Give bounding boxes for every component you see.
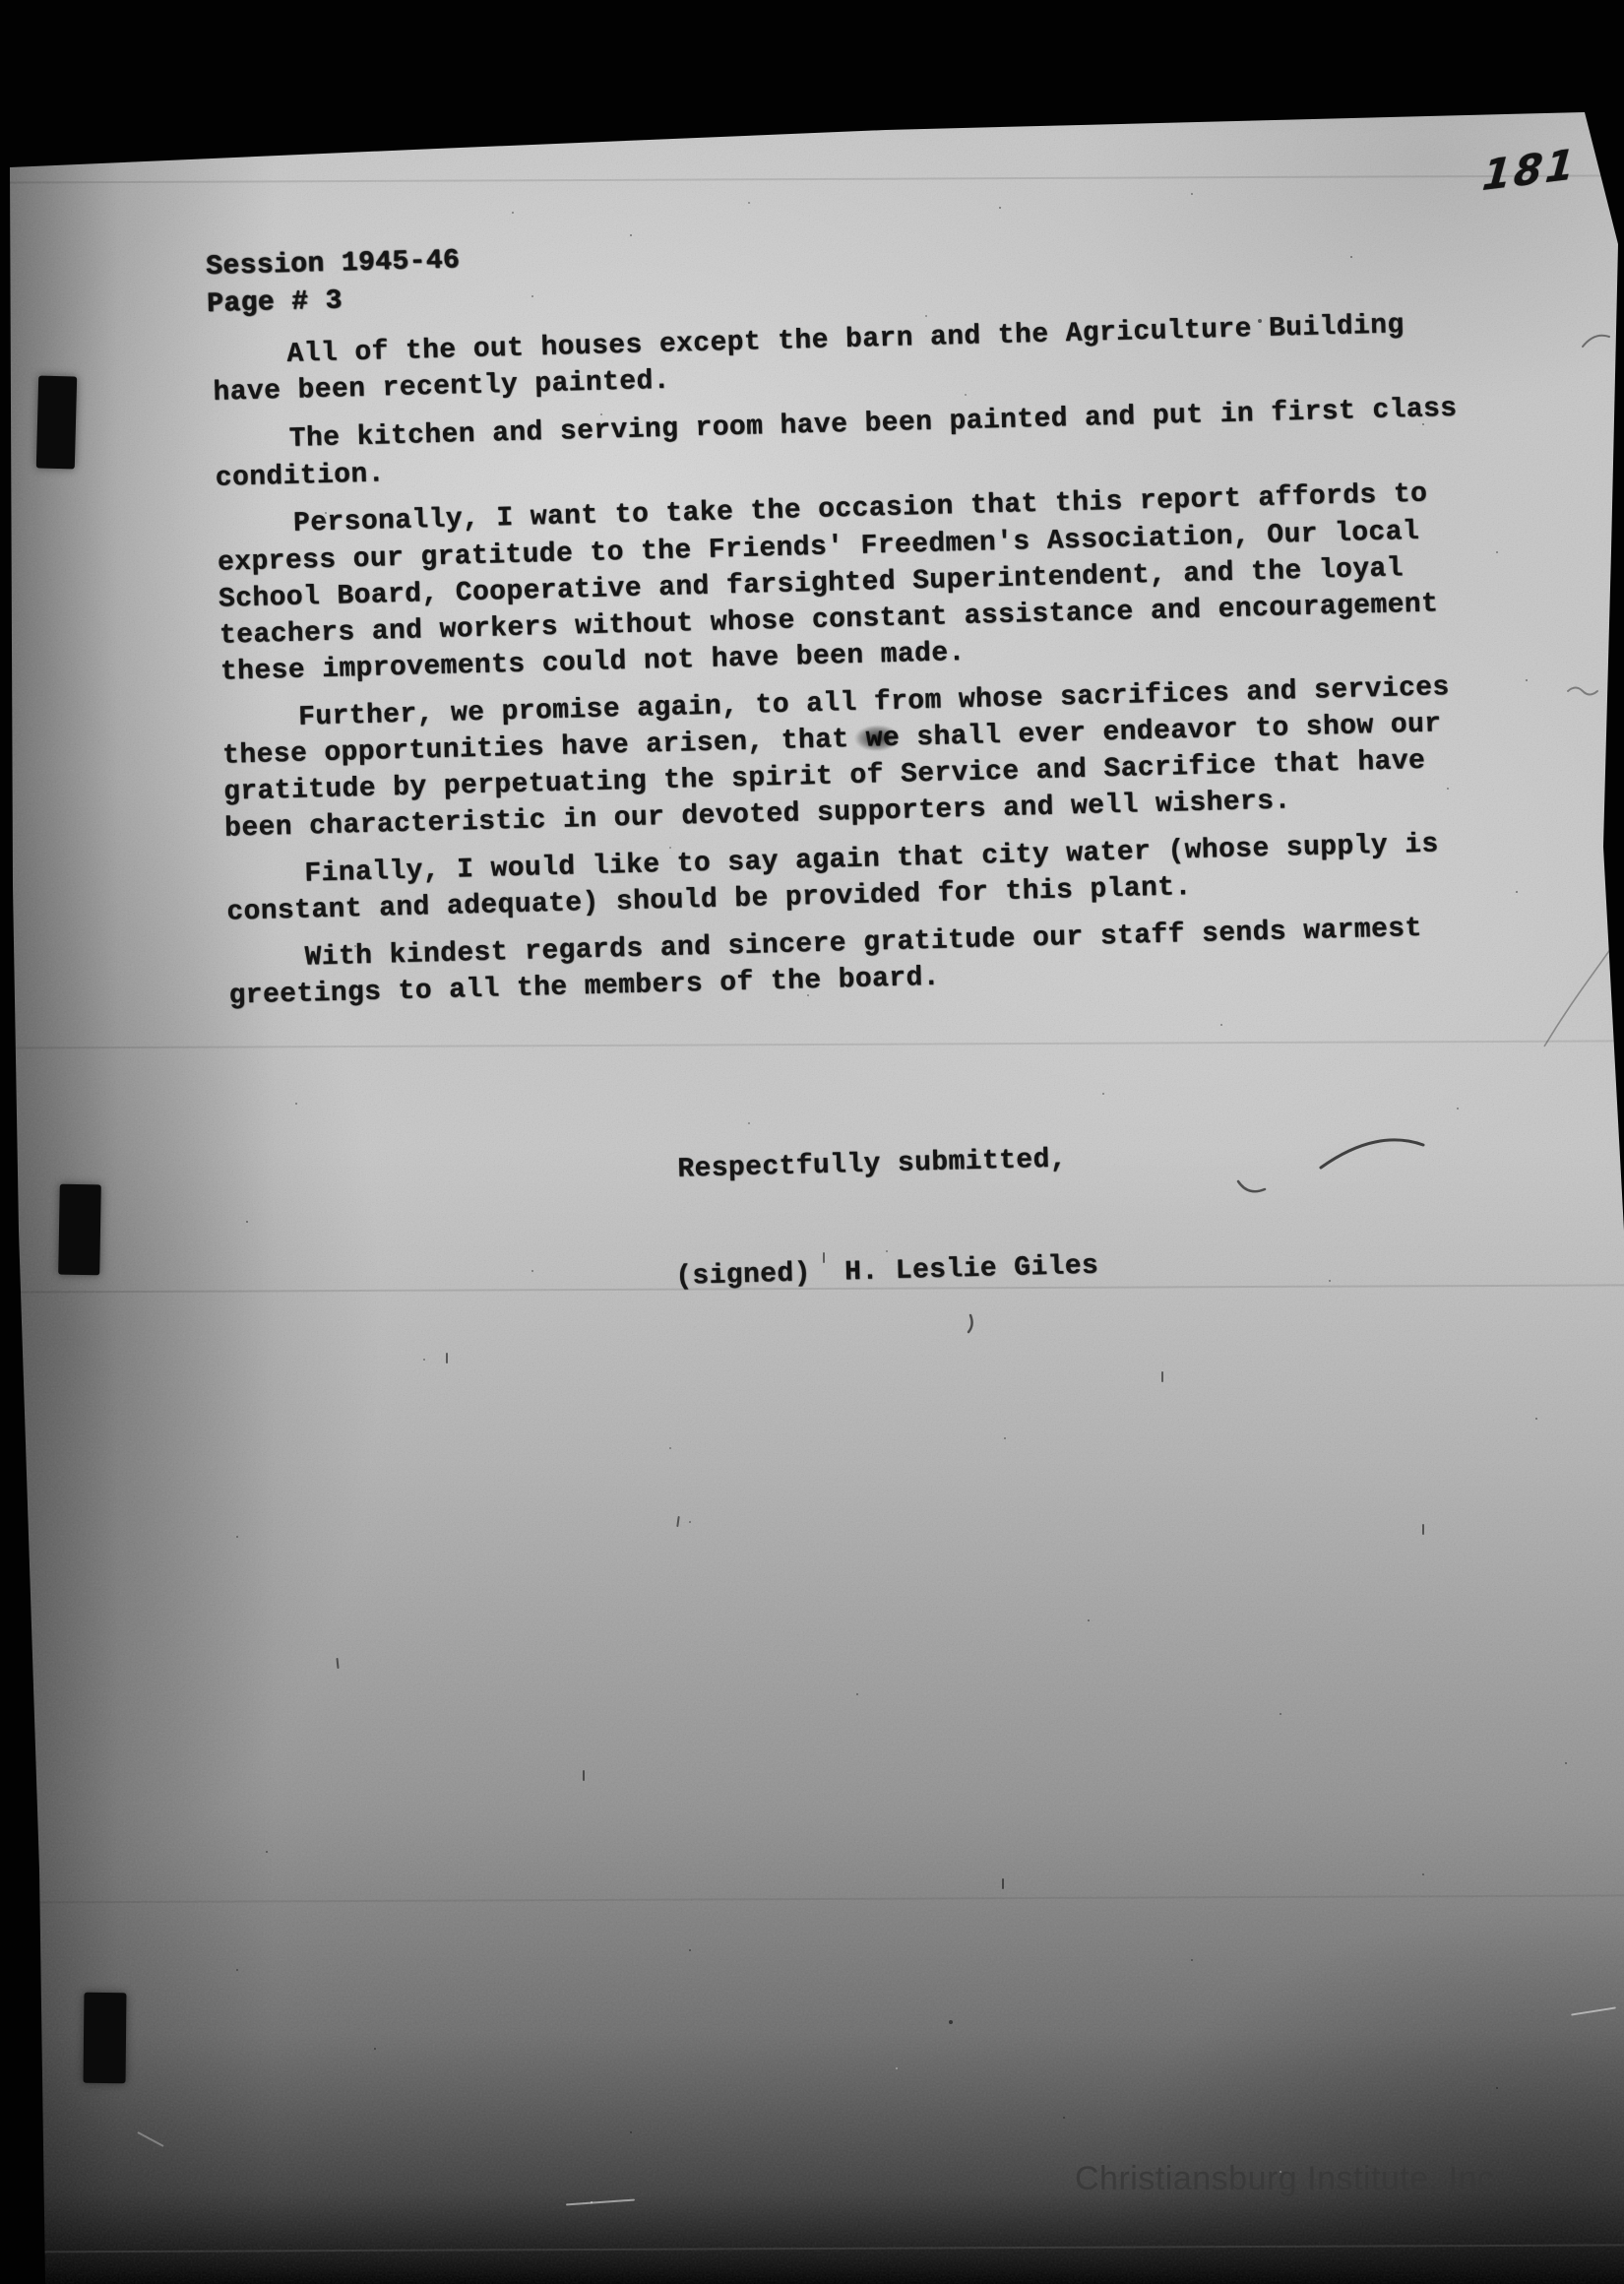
- session-line: Session 1945-46: [206, 245, 461, 283]
- scratch-mark: [583, 1770, 585, 1781]
- scratch-mark: [1002, 1878, 1004, 1889]
- typed-line: The kitchen and serving room have been p…: [288, 394, 1457, 455]
- scanned-paper-sheet: 181 Session 1945-46 Page # 3 All of the …: [0, 0, 1624, 2284]
- pen-stroke-small-curve: [1583, 336, 1609, 347]
- typed-letter-body: Session 1945-46 Page # 3 All of the out …: [140, 0, 1615, 1478]
- binder-tab-mark: [36, 376, 77, 470]
- page-line: Page # 3: [207, 285, 343, 320]
- scratch-mark: [336, 1658, 339, 1669]
- signature-line: (signed) H. Leslie Giles: [675, 1251, 1099, 1293]
- scratch-mark: [676, 1516, 680, 1527]
- watermark-text: Christiansburg Institute, Inc: [1075, 2160, 1494, 2198]
- dust-specks: [0, 0, 2, 2]
- binder-tab-mark: [84, 1993, 127, 2083]
- white-scratch: [566, 2199, 635, 2206]
- typed-line: All of the out houses except the barn an…: [286, 310, 1405, 370]
- scratch-mark: [1422, 1524, 1424, 1535]
- white-scratch: [1571, 2006, 1616, 2015]
- closing-line: Respectfully submitted,: [677, 1144, 1067, 1184]
- scan-line-artifact: [0, 2244, 1624, 2252]
- binder-tab-mark: [58, 1184, 101, 1276]
- typed-line: have been recently painted.: [213, 366, 670, 409]
- typed-line: condition.: [215, 459, 385, 493]
- white-scratch: [137, 2131, 163, 2147]
- scan-line-artifact: [0, 1894, 1624, 1903]
